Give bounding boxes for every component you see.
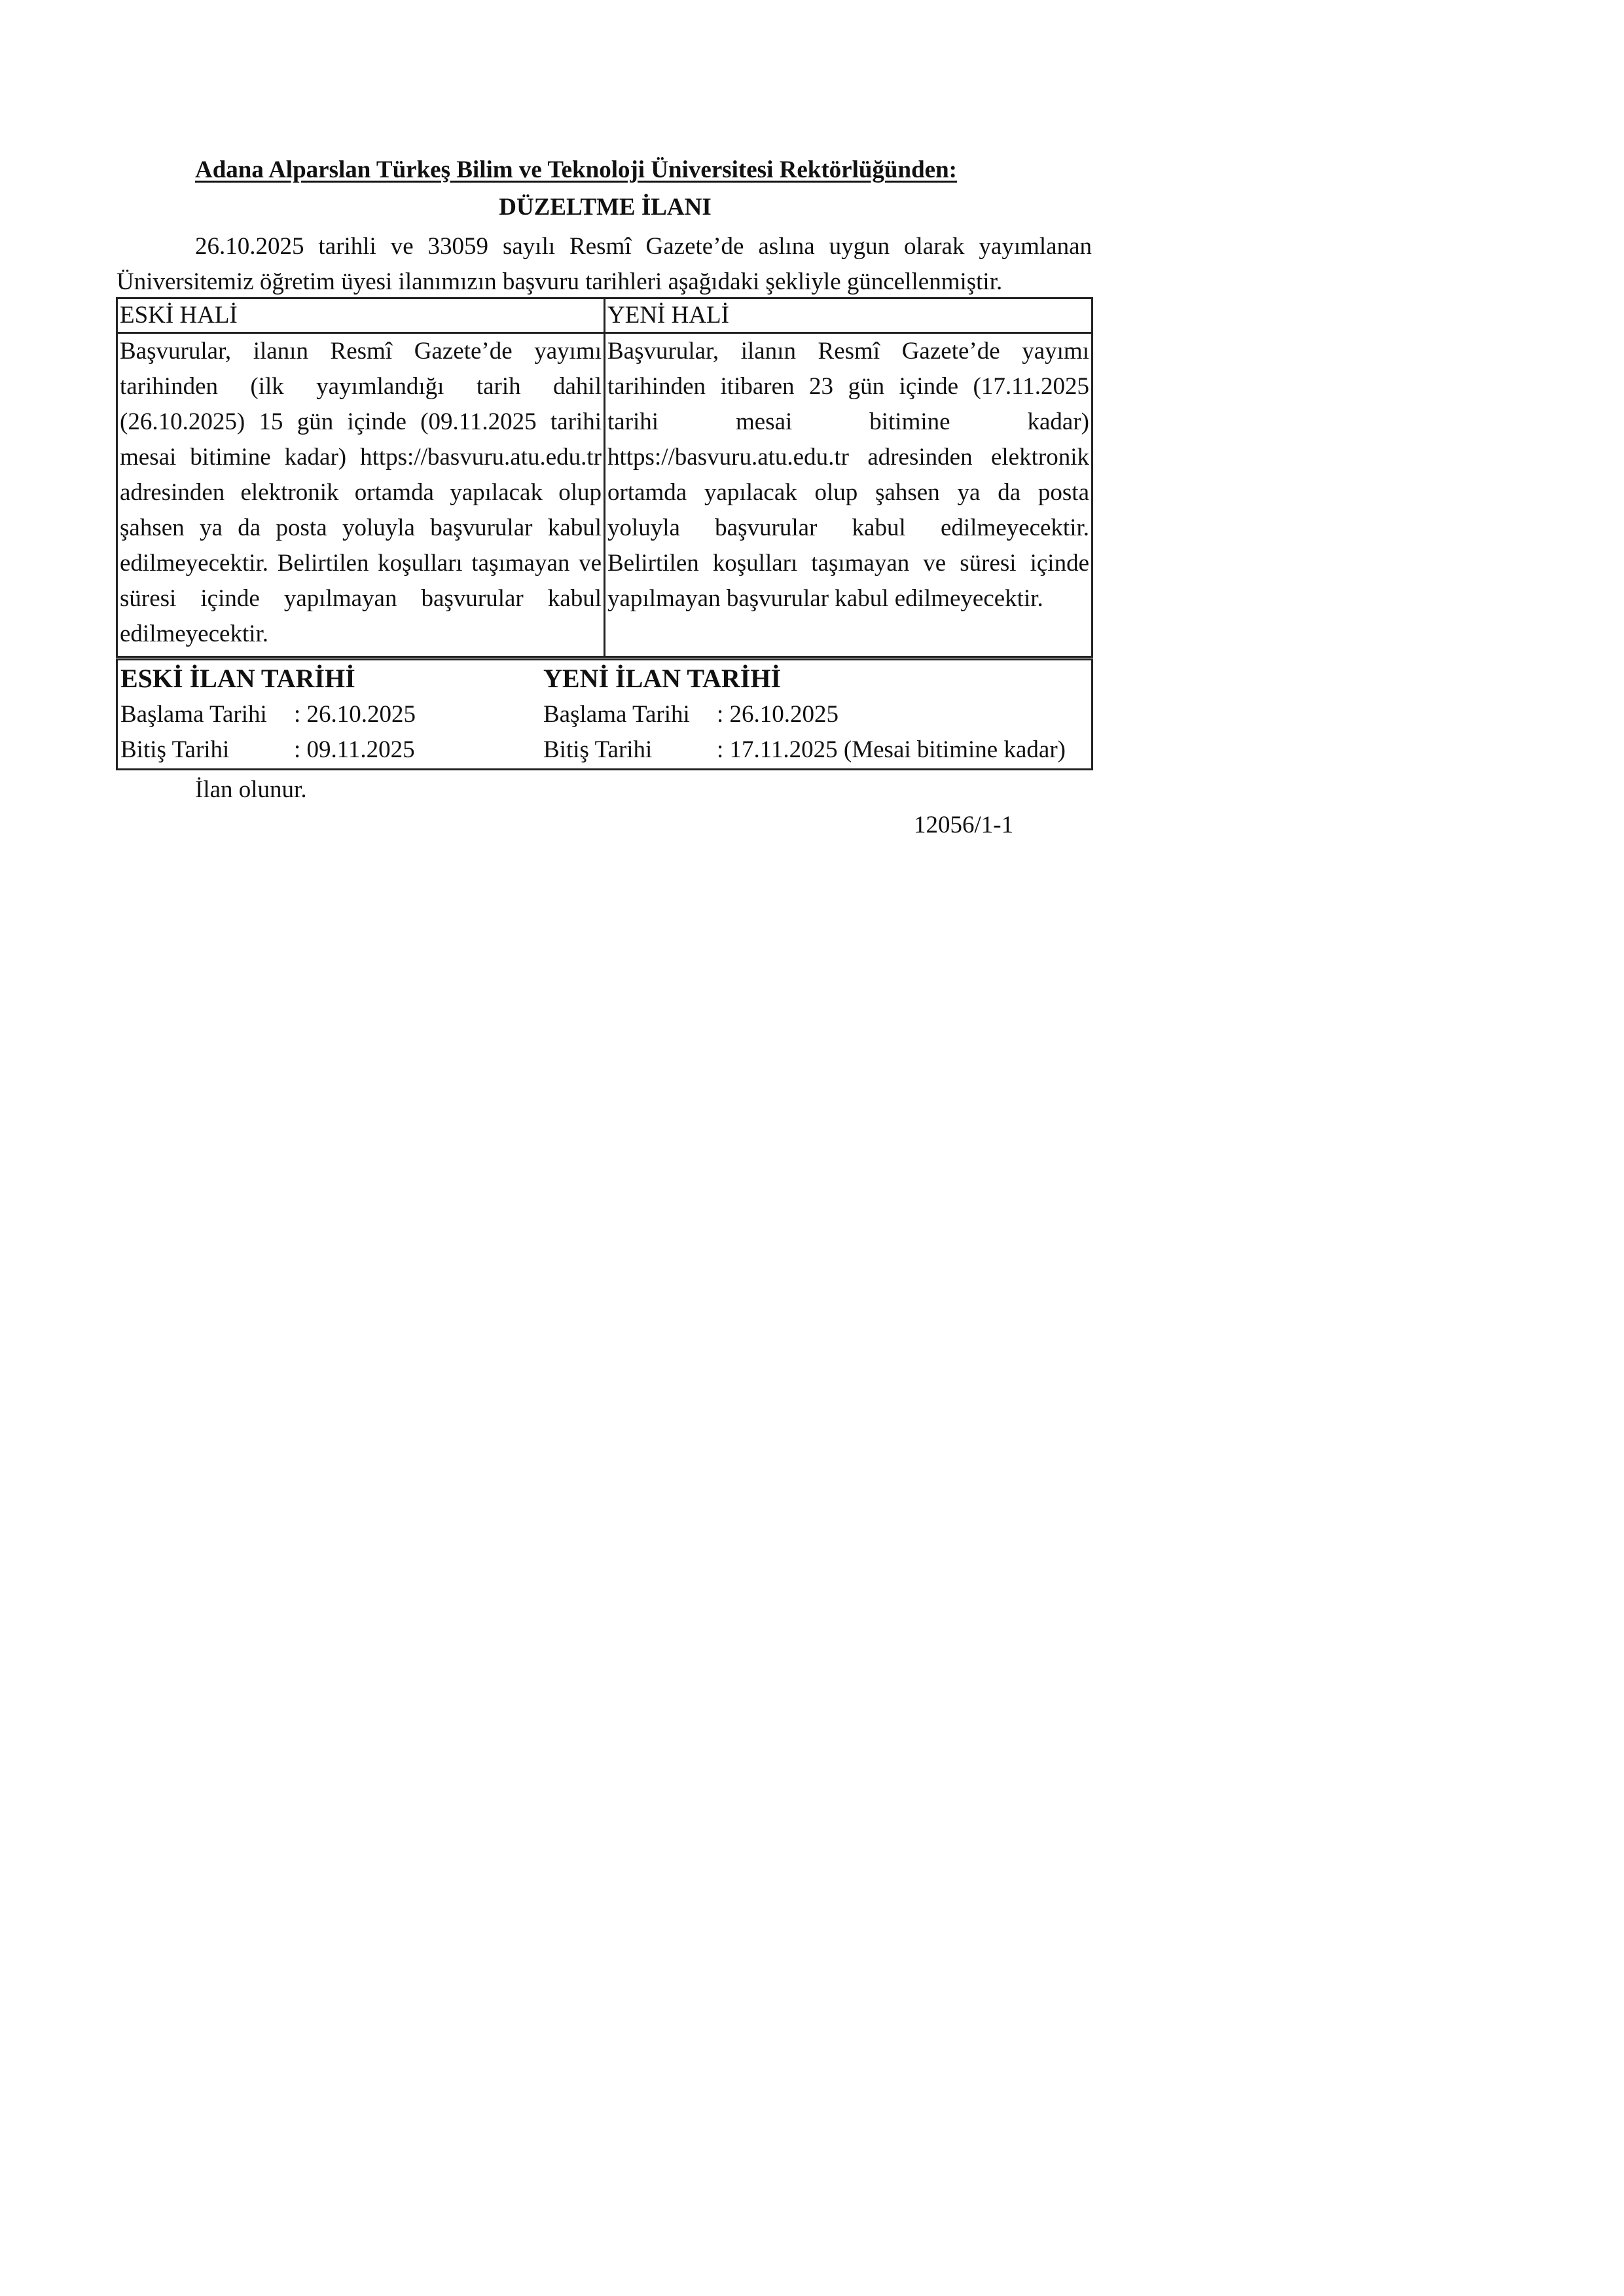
intro-paragraph: 26.10.2025 tarihli ve 33059 sayılı Resmî… bbox=[117, 229, 1092, 300]
closing-statement: İlan olunur. bbox=[195, 772, 307, 808]
document-title: DÜZELTME İLANI bbox=[0, 193, 1210, 221]
new-dates-heading: YENİ İLAN TARİHİ bbox=[543, 660, 1066, 697]
old-dates: ESKİ İLAN TARİHİ Başlama Tarihi: 26.10.2… bbox=[120, 660, 416, 768]
intro-line-2: Üniversitemiz öğretim üyesi ilanımızın b… bbox=[117, 264, 1092, 300]
header-new: YENİ HALİ bbox=[605, 298, 1092, 333]
old-start-value: : 26.10.2025 bbox=[294, 701, 416, 728]
new-start-row: Başlama Tarihi: 26.10.2025 bbox=[543, 697, 1066, 732]
new-start-value: : 26.10.2025 bbox=[717, 701, 839, 728]
new-end-row: Bitiş Tarihi: 17.11.2025 (Mesai bitimine… bbox=[543, 732, 1066, 768]
new-dates: YENİ İLAN TARİHİ Başlama Tarihi: 26.10.2… bbox=[543, 660, 1066, 768]
comparison-table: ESKİ HALİ YENİ HALİ Başvurular, ilanın R… bbox=[116, 297, 1093, 658]
new-text-cell: Başvurular, ilanın Resmî Gazete’de yayım… bbox=[605, 333, 1092, 657]
comparison-header-row: ESKİ HALİ YENİ HALİ bbox=[117, 298, 1092, 333]
old-dates-heading: ESKİ İLAN TARİHİ bbox=[120, 660, 416, 697]
old-start-row: Başlama Tarihi: 26.10.2025 bbox=[120, 697, 416, 732]
old-text-cell: Başvurular, ilanın Resmî Gazete’de yayım… bbox=[117, 333, 605, 657]
old-start-label: Başlama Tarihi bbox=[120, 697, 294, 732]
comparison-body-row: Başvurular, ilanın Resmî Gazete’de yayım… bbox=[117, 333, 1092, 657]
intro-line-1: 26.10.2025 tarihli ve 33059 sayılı Resmî… bbox=[117, 229, 1092, 264]
dates-block: ESKİ İLAN TARİHİ Başlama Tarihi: 26.10.2… bbox=[116, 658, 1093, 770]
old-end-row: Bitiş Tarihi: 09.11.2025 bbox=[120, 732, 416, 768]
new-start-label: Başlama Tarihi bbox=[543, 697, 717, 732]
issuing-organization: Adana Alparslan Türkeş Bilim ve Teknoloj… bbox=[195, 156, 957, 184]
new-end-value: : 17.11.2025 (Mesai bitimine kadar) bbox=[717, 736, 1066, 763]
old-end-value: : 09.11.2025 bbox=[294, 736, 415, 763]
reference-number: 12056/1-1 bbox=[914, 808, 1013, 843]
old-end-label: Bitiş Tarihi bbox=[120, 732, 294, 768]
header-old: ESKİ HALİ bbox=[117, 298, 605, 333]
new-end-label: Bitiş Tarihi bbox=[543, 732, 717, 768]
